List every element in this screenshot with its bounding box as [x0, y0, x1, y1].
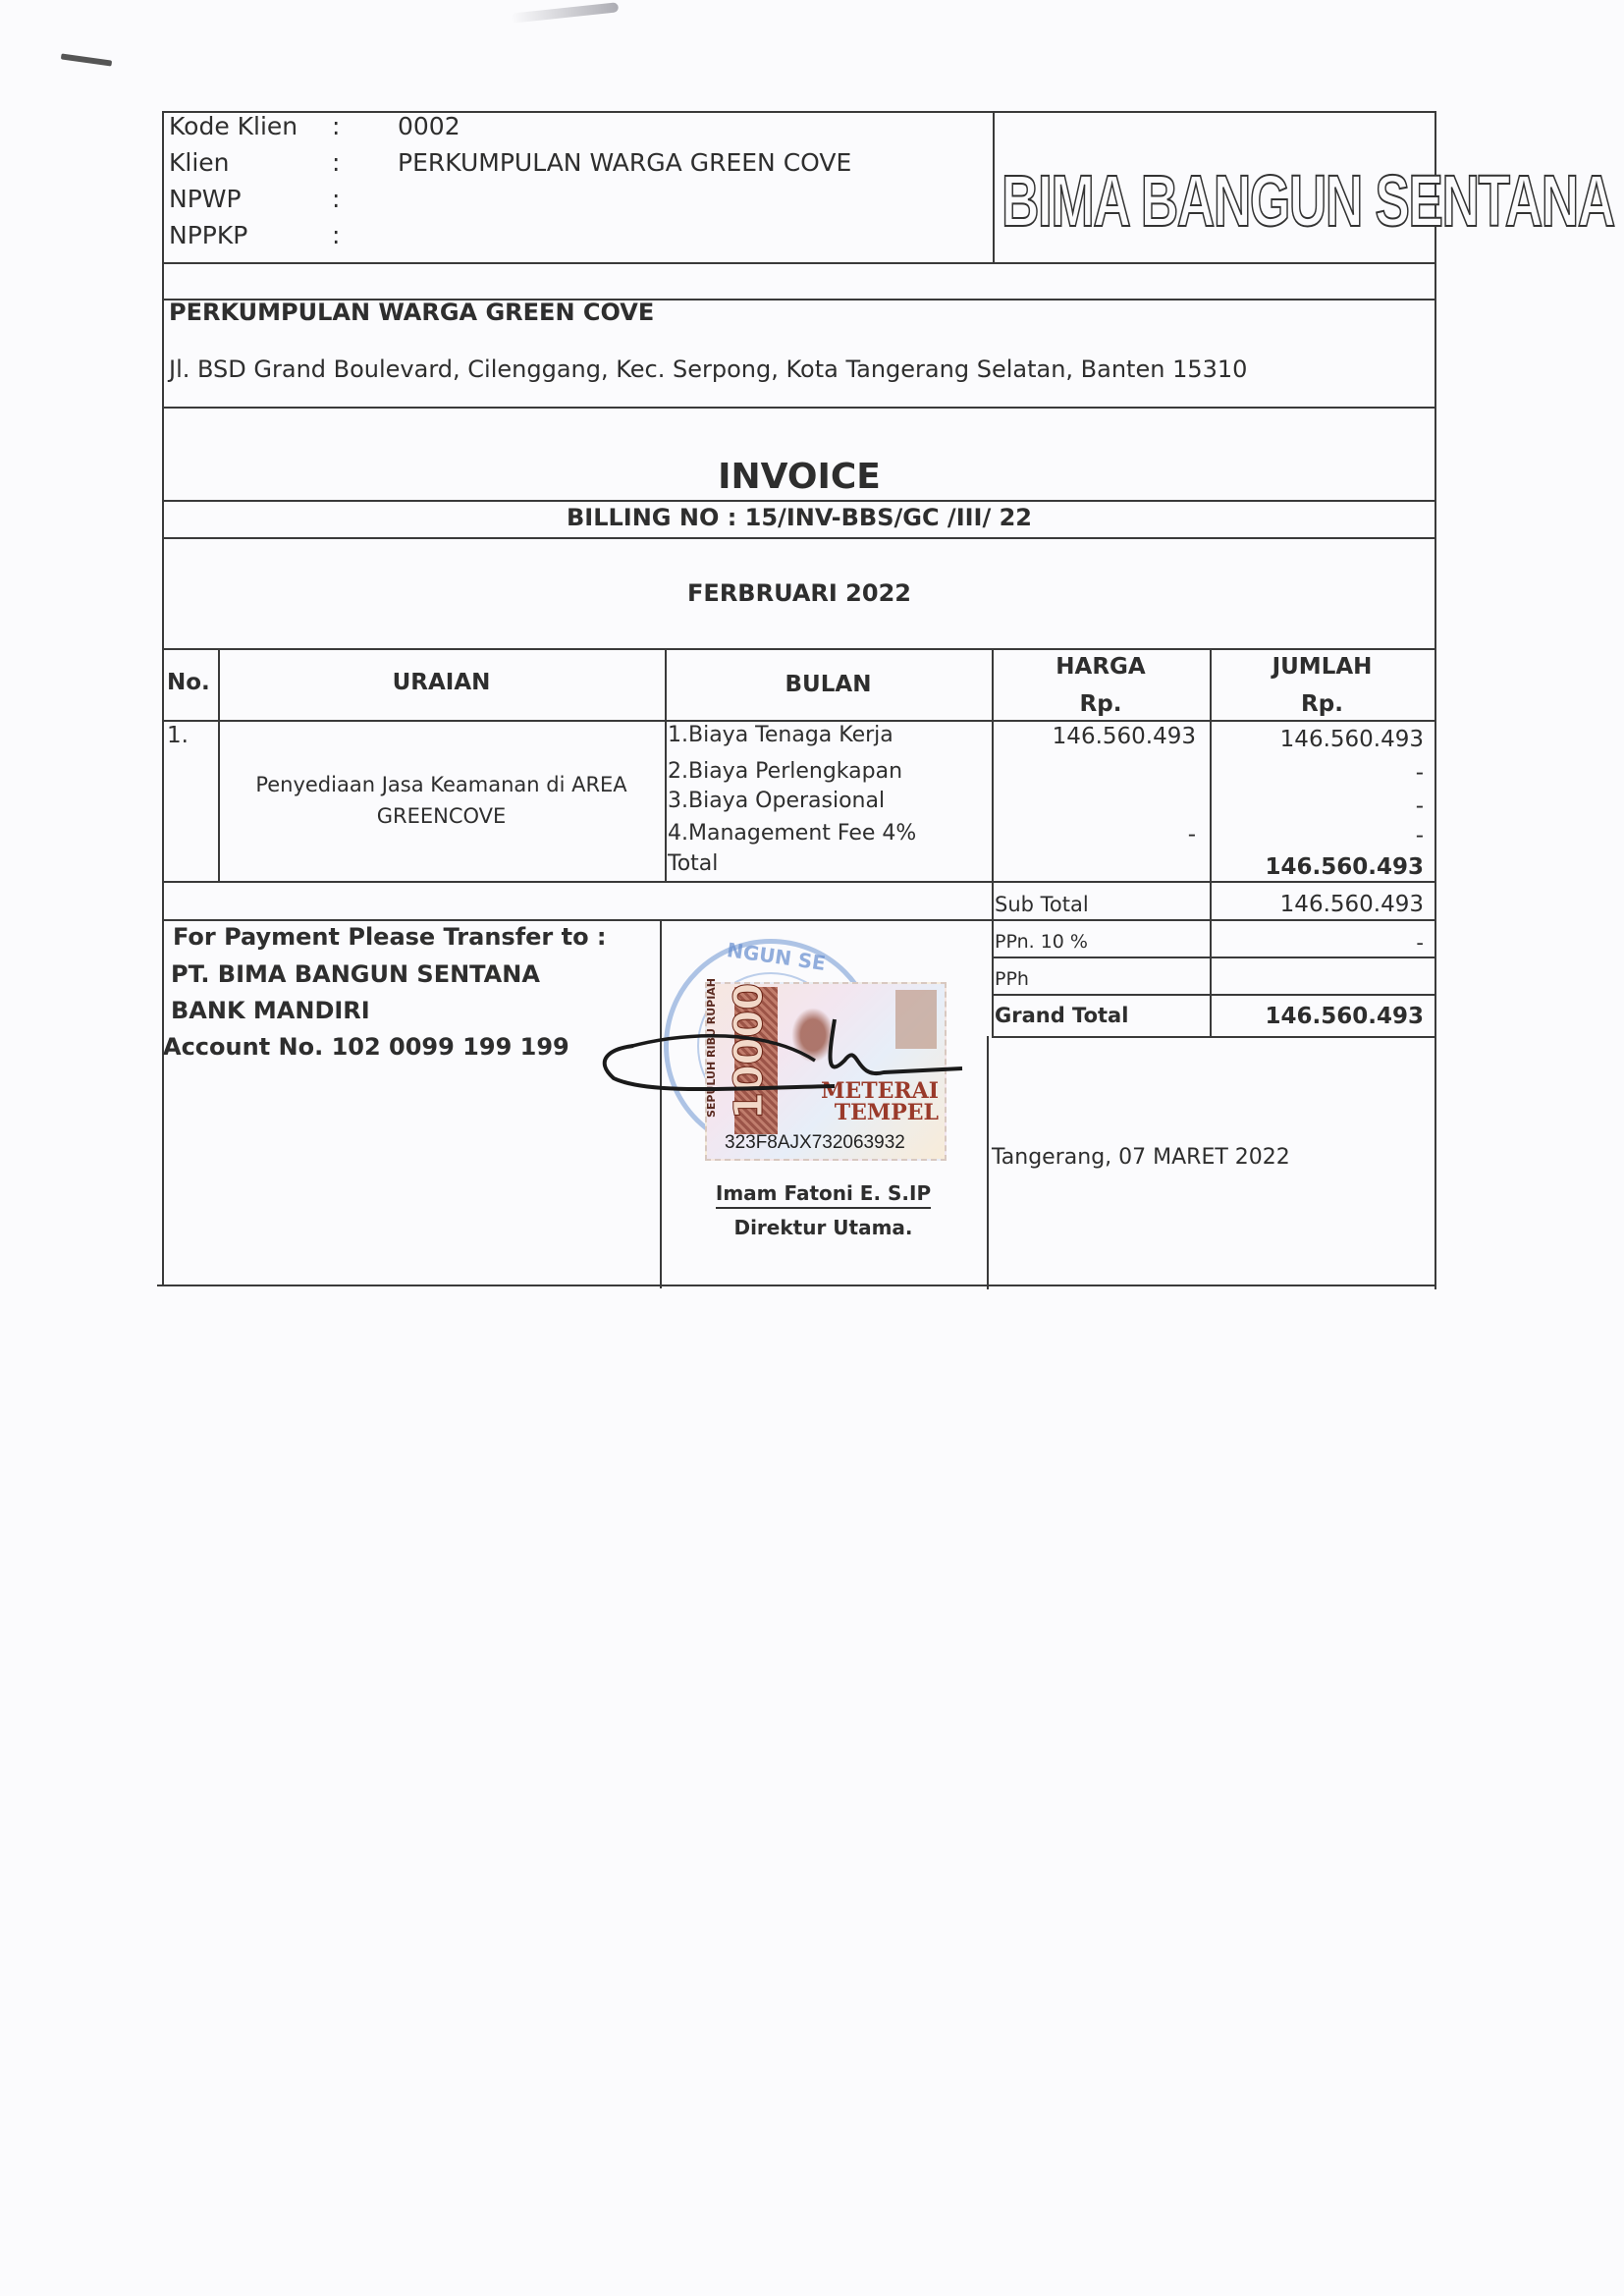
nppkp-label: NPPKP: [169, 223, 247, 247]
revenue-stamp-serial: 323F8AJX732063932: [725, 1132, 905, 1154]
pph-label: PPh: [995, 970, 1029, 989]
ppn-value: -: [1210, 933, 1424, 954]
item-label: 2.Biaya Perlengkapan: [668, 761, 902, 783]
row-no: 1.: [167, 725, 189, 747]
place-date: Tangerang, 07 MARET 2022: [992, 1147, 1290, 1169]
item-label: 3.Biaya Operasional: [668, 791, 885, 812]
total-label: Total: [668, 853, 718, 875]
col-header-uraian: URAIAN: [218, 672, 665, 694]
sub-total-label: Sub Total: [995, 895, 1089, 915]
col-header-jumlah: JUMLAH: [1210, 656, 1435, 679]
item-jumlah: -: [1210, 795, 1424, 818]
col-header-bulan: BULAN: [665, 674, 992, 696]
signer-name: Imam Fatoni E. S.IP: [660, 1183, 987, 1203]
client-name-value: PERKUMPULAN WARGA GREEN COVE: [398, 150, 851, 175]
npwp-label: NPWP: [169, 187, 242, 211]
revenue-stamp-title-line2: TEMPEL: [821, 1102, 939, 1123]
billed-to-name: PERKUMPULAN WARGA GREEN COVE: [169, 301, 654, 324]
handwritten-signature: [589, 992, 972, 1100]
ppn-label: PPn. 10 %: [995, 933, 1088, 952]
client-name-label: Klien: [169, 150, 230, 175]
item-harga: -: [992, 824, 1196, 847]
payment-bank: BANK MANDIRI: [171, 999, 370, 1022]
invoice-title: INVOICE: [162, 460, 1436, 495]
scan-artifact-smudge: [511, 2, 619, 23]
signer-name-text: Imam Fatoni E. S.IP: [716, 1181, 931, 1209]
payment-account: Account No. 102 0099 199 199: [163, 1035, 569, 1059]
payment-company: PT. BIMA BANGUN SENTANA: [171, 962, 540, 986]
total-value: 146.560.493: [1210, 856, 1424, 879]
signer-title: Direktur Utama.: [660, 1218, 987, 1237]
item-jumlah: 146.560.493: [1210, 729, 1424, 751]
billing-period: FERBRUARI 2022: [162, 581, 1436, 605]
billing-number: BILLING NO : 15/INV-BBS/GC /III/ 22: [162, 506, 1436, 529]
item-jumlah: -: [1210, 762, 1424, 785]
col-header-no: No.: [167, 672, 210, 694]
item-label: 4.Management Fee 4%: [668, 823, 916, 845]
sub-total-value: 146.560.493: [1210, 894, 1424, 916]
grand-total-value: 146.560.493: [1210, 1006, 1424, 1028]
row-uraian-line1: Penyediaan Jasa Keamanan di AREA: [218, 775, 665, 795]
col-header-jumlah-unit: Rp.: [1210, 693, 1435, 716]
col-header-harga-unit: Rp.: [992, 693, 1210, 716]
company-logo: BIMA BANGUN SENTANA: [1001, 157, 1284, 246]
client-name-sep: :: [332, 150, 340, 175]
billed-to-address: Jl. BSD Grand Boulevard, Cilenggang, Kec…: [169, 357, 1247, 381]
payment-heading: For Payment Please Transfer to :: [173, 925, 607, 949]
client-code-sep: :: [332, 114, 340, 138]
npwp-sep: :: [332, 187, 340, 211]
grand-total-label: Grand Total: [995, 1006, 1128, 1026]
client-code-label: Kode Klien: [169, 114, 298, 138]
item-harga: 146.560.493: [992, 726, 1196, 748]
col-header-harga: HARGA: [992, 656, 1210, 679]
row-uraian-line2: GREENCOVE: [218, 806, 665, 827]
scan-artifact-mark: [61, 53, 112, 66]
item-label: 1.Biaya Tenaga Kerja: [668, 725, 893, 746]
item-jumlah: -: [1210, 825, 1424, 847]
nppkp-sep: :: [332, 223, 340, 247]
client-code-value: 0002: [398, 114, 460, 138]
